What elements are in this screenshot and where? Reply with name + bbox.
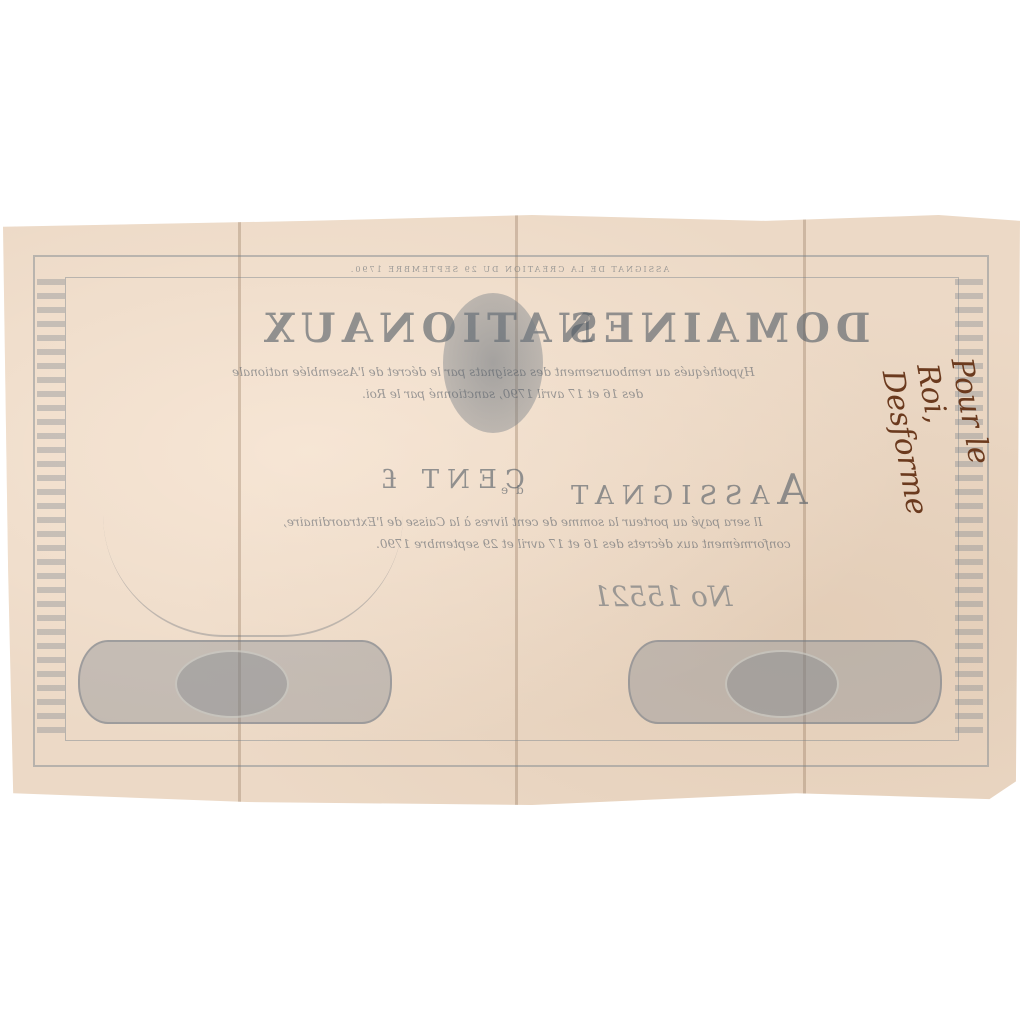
text-line-1: Hypothéqués au remboursement des assigna… (63, 365, 923, 379)
denomination: CENT £ (373, 465, 525, 495)
banknote: ASSIGNAT DE LA CRÉATION DU 29 SEPTEMBRE … (3, 215, 1020, 805)
bottom-band (37, 738, 981, 758)
vignette-oval (725, 650, 839, 718)
right-vignette (628, 640, 942, 724)
title-nationaux: NATIONAUX (258, 305, 594, 352)
serial-number: No 15521 (593, 580, 732, 613)
vignette-oval (175, 650, 289, 718)
king-portrait-medallion (443, 293, 543, 433)
left-side-ornament (37, 279, 65, 739)
top-band: ASSIGNAT DE LA CRÉATION DU 29 SEPTEMBRE … (37, 259, 981, 279)
title-domaines: DOMAINES (563, 305, 871, 352)
left-vignette (78, 640, 392, 724)
assignat-word: AASSIGNAT (563, 465, 808, 514)
text-line-2: des 16 et 17 avril 1790, sanctionné par … (253, 387, 753, 401)
right-side-ornament (955, 279, 983, 739)
